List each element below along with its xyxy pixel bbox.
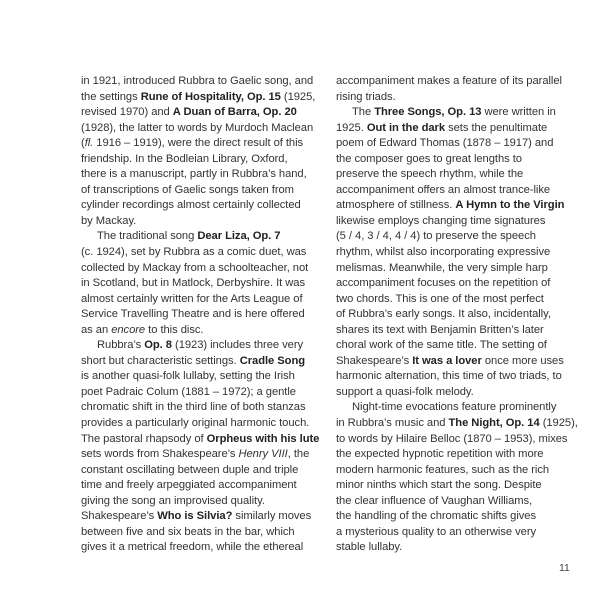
text-line: almost certainly written for the Arts Le… (81, 292, 321, 308)
body-text: (5 / 4, 3 / 4, 4 / 4) to preserve the sp… (336, 230, 536, 242)
body-text: atmosphere of stillness. (336, 199, 455, 211)
body-text: similarly moves (232, 510, 311, 522)
body-text: 1925. (336, 122, 367, 134)
body-text: the settings (81, 91, 141, 103)
body-text: melismas. Meanwhile, the very simple har… (336, 262, 548, 274)
body-text: two chords. This is one of the most perf… (336, 293, 544, 305)
text-line: in Scotland, but in Matlock, Derbyshire.… (81, 276, 321, 292)
body-text: giving the song an improvised quality. (81, 495, 265, 507)
song-title: It was a lover (412, 355, 482, 367)
text-line: the clear influence of Vaughan Williams, (336, 494, 576, 510)
body-text: chromatic shift in the third line of bot… (81, 401, 306, 413)
text-line: accompaniment focuses on the repetition … (336, 276, 576, 292)
body-text: to words by Hilaire Belloc (1870 – 1953)… (336, 433, 567, 445)
body-text: collected by Mackay from a schoolteacher… (81, 262, 308, 274)
text-line: by Mackay. (81, 214, 321, 230)
body-text: by Mackay. (81, 215, 136, 227)
body-text: between five and six beats in the bar, w… (81, 526, 295, 538)
body-text: Rubbra’s (97, 339, 144, 351)
text-line: to words by Hilaire Belloc (1870 – 1953)… (336, 432, 576, 448)
right-text-column: accompaniment makes a feature of its par… (336, 74, 576, 556)
text-line: gives it a metrical freedom, while the e… (81, 540, 321, 556)
text-line: revised 1970) and A Duan of Barra, Op. 2… (81, 105, 321, 121)
body-text: stable lullaby. (336, 541, 402, 553)
body-text: time and freely arpeggiated accompanimen… (81, 479, 297, 491)
body-text: provides a particularly original harmoni… (81, 417, 309, 429)
song-title: Op. 8 (144, 339, 172, 351)
body-text: minor ninths which start the song. Despi… (336, 479, 542, 491)
text-line: support a quasi-folk melody. (336, 385, 576, 401)
text-line: a mysterious quality to an otherwise ver… (336, 525, 576, 541)
left-text-column: in 1921, introduced Rubbra to Gaelic son… (81, 74, 321, 556)
body-text: a mysterious quality to an otherwise ver… (336, 526, 536, 538)
text-line: likewise employs changing time signature… (336, 214, 576, 230)
body-text: accompaniment focuses on the repetition … (336, 277, 550, 289)
text-line: in Rubbra’s music and The Night, Op. 14 … (336, 416, 576, 432)
song-title: Three Songs, Op. 13 (374, 106, 481, 118)
body-text: the composer goes to great lengths to (336, 153, 522, 165)
text-line: The Three Songs, Op. 13 were written in (336, 105, 576, 121)
body-text: of transcriptions of Gaelic songs taken … (81, 184, 294, 196)
text-line: The pastoral rhapsody of Orpheus with hi… (81, 432, 321, 448)
page-number: 11 (559, 562, 570, 574)
song-title: A Duan of Barra, Op. 20 (173, 106, 297, 118)
body-text: constant oscillating between duple and t… (81, 464, 298, 476)
body-text: support a quasi-folk melody. (336, 386, 474, 398)
song-title: Who is Silvia? (157, 510, 232, 522)
text-line: between five and six beats in the bar, w… (81, 525, 321, 541)
text-line: rising triads. (336, 90, 576, 106)
text-line: sets words from Shakespeare’s Henry VIII… (81, 447, 321, 463)
body-text: there is a manuscript, partly in Rubbra’… (81, 168, 307, 180)
text-line: short but characteristic settings. Cradl… (81, 354, 321, 370)
body-text: The traditional song (97, 230, 197, 242)
italic-text: Henry VIII (238, 448, 287, 460)
body-text: poem of Edward Thomas (1878 – 1917) and (336, 137, 553, 149)
text-line: time and freely arpeggiated accompanimen… (81, 478, 321, 494)
text-line: modern harmonic features, such as the ri… (336, 463, 576, 479)
body-text: The (352, 106, 374, 118)
text-line: accompaniment makes a feature of its par… (336, 74, 576, 90)
text-line: collected by Mackay from a schoolteacher… (81, 261, 321, 277)
body-text: modern harmonic features, such as the ri… (336, 464, 549, 476)
text-line: giving the song an improvised quality. (81, 494, 321, 510)
text-line: provides a particularly original harmoni… (81, 416, 321, 432)
text-line: choral work of the same title. The setti… (336, 338, 576, 354)
body-text: (1923) includes three very (172, 339, 303, 351)
body-text: the clear influence of Vaughan Williams, (336, 495, 532, 507)
body-text: shares its text with Benjamin Britten’s … (336, 324, 544, 336)
song-title: Cradle Song (240, 355, 305, 367)
text-line: cylinder recordings almost certainly col… (81, 198, 321, 214)
body-text: 1916 – 1919), were the direct result of … (93, 137, 303, 149)
text-line: shares its text with Benjamin Britten’s … (336, 323, 576, 339)
text-line: friendship. In the Bodleian Library, Oxf… (81, 152, 321, 168)
body-text: revised 1970) and (81, 106, 173, 118)
text-line: Night-time evocations feature prominentl… (336, 400, 576, 416)
text-line: there is a manuscript, partly in Rubbra’… (81, 167, 321, 183)
song-title: A Hymn to the Virgin (455, 199, 564, 211)
text-line: harmonic alternation, this time of two t… (336, 369, 576, 385)
body-text: (1928), the latter to words by Murdoch M… (81, 122, 313, 134)
body-text: the expected hypnotic repetition with mo… (336, 448, 543, 460)
text-line: minor ninths which start the song. Despi… (336, 478, 576, 494)
body-text: Service Travelling Theatre and is here o… (81, 308, 305, 320)
text-line: the expected hypnotic repetition with mo… (336, 447, 576, 463)
text-line: Service Travelling Theatre and is here o… (81, 307, 321, 323)
text-line: constant oscillating between duple and t… (81, 463, 321, 479)
booklet-page: in 1921, introduced Rubbra to Gaelic son… (0, 0, 600, 611)
body-text: choral work of the same title. The setti… (336, 339, 547, 351)
text-line: stable lullaby. (336, 540, 576, 556)
body-text: the handling of the chromatic shifts giv… (336, 510, 536, 522)
body-text: The pastoral rhapsody of (81, 433, 207, 445)
text-line: Rubbra’s Op. 8 (1923) includes three ver… (81, 338, 321, 354)
body-text: once more uses (482, 355, 564, 367)
body-text: Night-time evocations feature prominentl… (352, 401, 556, 413)
body-text: (c. 1924), set by Rubbra as a comic duet… (81, 246, 306, 258)
body-text: to this disc. (145, 324, 203, 336)
text-line: the composer goes to great lengths to (336, 152, 576, 168)
body-text: cylinder recordings almost certainly col… (81, 199, 301, 211)
body-text: accompaniment offers an almost trance-li… (336, 184, 550, 196)
body-text: were written in (481, 106, 555, 118)
body-text: friendship. In the Bodleian Library, Oxf… (81, 153, 288, 165)
body-text: accompaniment makes a feature of its par… (336, 75, 562, 87)
body-text: (1925, (281, 91, 315, 103)
text-line: the handling of the chromatic shifts giv… (336, 509, 576, 525)
text-line: (fl. 1916 – 1919), were the direct resul… (81, 136, 321, 152)
body-text: of Rubbra’s early songs. It also, incide… (336, 308, 551, 320)
body-text: harmonic alternation, this time of two t… (336, 370, 562, 382)
song-title: Dear Liza, Op. 7 (197, 230, 280, 242)
text-line: the settings Rune of Hospitality, Op. 15… (81, 90, 321, 106)
text-line: in 1921, introduced Rubbra to Gaelic son… (81, 74, 321, 90)
body-text: preserve the speech rhythm, while the (336, 168, 523, 180)
body-text: likewise employs changing time signature… (336, 215, 545, 227)
text-line: (5 / 4, 3 / 4, 4 / 4) to preserve the sp… (336, 229, 576, 245)
song-title: The Night, Op. 14 (449, 417, 540, 429)
text-line: of transcriptions of Gaelic songs taken … (81, 183, 321, 199)
text-line: (c. 1924), set by Rubbra as a comic duet… (81, 245, 321, 261)
body-text: (1925), (540, 417, 578, 429)
body-text: is another quasi-folk lullaby, setting t… (81, 370, 295, 382)
body-text: sets words from Shakespeare’s (81, 448, 238, 460)
text-line: melismas. Meanwhile, the very simple har… (336, 261, 576, 277)
body-text: in Scotland, but in Matlock, Derbyshire.… (81, 277, 305, 289)
text-line: as an encore to this disc. (81, 323, 321, 339)
text-line: (1928), the latter to words by Murdoch M… (81, 121, 321, 137)
text-line: The traditional song Dear Liza, Op. 7 (81, 229, 321, 245)
text-line: poet Padraic Colum (1881 – 1972); a gent… (81, 385, 321, 401)
text-line: is another quasi-folk lullaby, setting t… (81, 369, 321, 385)
body-text: Shakespeare’s (81, 510, 157, 522)
text-line: Shakespeare’s It was a lover once more u… (336, 354, 576, 370)
text-line: poem of Edward Thomas (1878 – 1917) and (336, 136, 576, 152)
body-text: rhythm, whilst also incorporating expres… (336, 246, 550, 258)
song-title: Orpheus with his lute (207, 433, 320, 445)
text-line: Shakespeare’s Who is Silvia? similarly m… (81, 509, 321, 525)
text-line: atmosphere of stillness. A Hymn to the V… (336, 198, 576, 214)
text-line: rhythm, whilst also incorporating expres… (336, 245, 576, 261)
text-line: two chords. This is one of the most perf… (336, 292, 576, 308)
song-title: Rune of Hospitality, Op. 15 (141, 91, 281, 103)
body-text: short but characteristic settings. (81, 355, 240, 367)
text-line: preserve the speech rhythm, while the (336, 167, 576, 183)
italic-text: fl. (85, 137, 94, 149)
body-text: , the (288, 448, 310, 460)
text-line: of Rubbra’s early songs. It also, incide… (336, 307, 576, 323)
body-text: in Rubbra’s music and (336, 417, 449, 429)
body-text: gives it a metrical freedom, while the e… (81, 541, 303, 553)
body-text: poet Padraic Colum (1881 – 1972); a gent… (81, 386, 296, 398)
body-text: as an (81, 324, 111, 336)
text-line: chromatic shift in the third line of bot… (81, 400, 321, 416)
text-line: 1925. Out in the dark sets the penultima… (336, 121, 576, 137)
body-text: in 1921, introduced Rubbra to Gaelic son… (81, 75, 313, 87)
body-text: almost certainly written for the Arts Le… (81, 293, 303, 305)
body-text: Shakespeare’s (336, 355, 412, 367)
italic-text: encore (111, 324, 145, 336)
text-line: accompaniment offers an almost trance-li… (336, 183, 576, 199)
song-title: Out in the dark (367, 122, 445, 134)
body-text: sets the penultimate (445, 122, 547, 134)
body-text: rising triads. (336, 91, 396, 103)
